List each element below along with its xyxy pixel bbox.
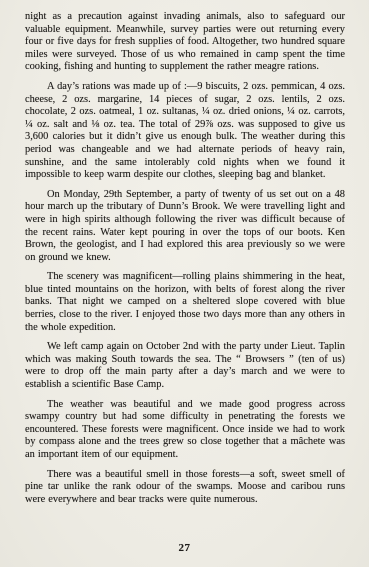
book-page: night as a precaution against invading a…: [0, 0, 369, 567]
paragraph-4: The scenery was magnificent—rolling plai…: [25, 271, 345, 334]
page-number: 27: [0, 542, 369, 554]
paragraph-5: We left camp again on October 2nd with t…: [25, 341, 345, 391]
text-block: night as a precaution against invading a…: [25, 11, 345, 513]
paragraph-7: There was a beautiful smell in those for…: [25, 469, 345, 507]
paragraph-2: A day’s rations was made up of :—9 biscu…: [25, 81, 345, 182]
paragraph-1: night as a precaution against invading a…: [25, 11, 345, 74]
paragraph-6: The weather was beautiful and we made go…: [25, 399, 345, 462]
paragraph-3: On Monday, 29th September, a party of tw…: [25, 189, 345, 265]
